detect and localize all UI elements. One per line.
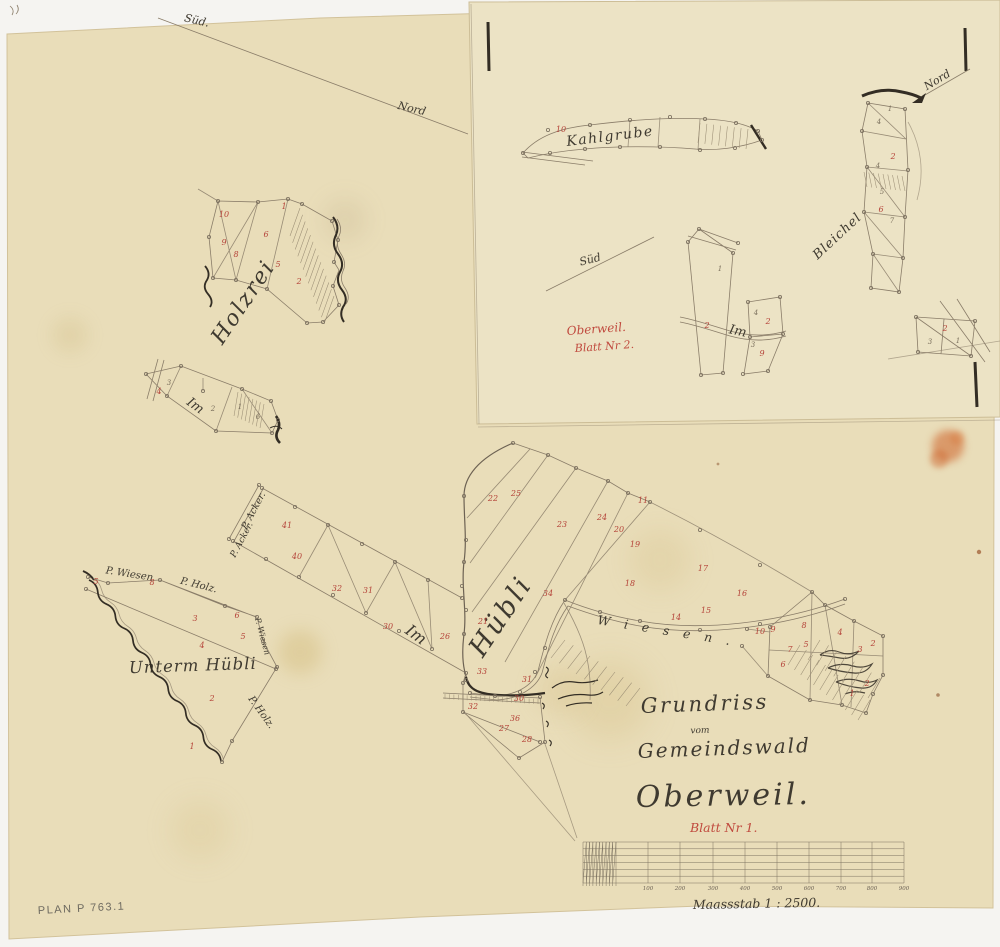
parcel-number-red: 36 — [510, 714, 520, 723]
scale-tick-label: 500 — [772, 886, 783, 892]
scale-label: Maassstab 1 : 2500. — [692, 895, 821, 912]
scale-tick-label: 400 — [739, 886, 751, 892]
scale-tick-label: 700 — [836, 886, 847, 892]
stain — [930, 450, 948, 468]
scale-tick-label: 300 — [708, 886, 719, 892]
corner-scribble — [10, 5, 18, 15]
parcel-number-red: 9 — [221, 238, 226, 247]
parcel-number-pencil: 5 — [880, 188, 885, 196]
parcel-number-red: 8 — [149, 578, 154, 587]
parcel-number-pencil: 4 — [876, 118, 881, 126]
parcel-number-red: 2 — [869, 639, 875, 648]
parcel-number-red: 17 — [698, 564, 709, 573]
parcel-number-red: 1 — [849, 689, 854, 698]
parcel-number-red: 20 — [613, 525, 624, 534]
scale-tick-label: 600 — [804, 886, 815, 892]
parcel-number-pencil: 2 — [210, 405, 216, 413]
parcel-number-red: 1 — [281, 202, 286, 211]
parcel-number-red: 4 — [198, 641, 204, 650]
parcel-number-pencil: 3 — [167, 379, 172, 387]
parcel-number-red: 4 — [155, 387, 161, 396]
parcel-number-red: 5 — [803, 640, 808, 649]
parcel-number-red: 32 — [332, 584, 342, 593]
parcel-number-red: 4 — [836, 628, 842, 637]
title-oberweil: Oberweil. — [636, 777, 812, 815]
parcel-number-red: 2 — [208, 694, 214, 703]
parcel-number-red: 41 — [281, 521, 292, 530]
parcel-number-red: 18 — [625, 579, 635, 588]
parcel-number-red: 2 — [295, 277, 301, 286]
parcel-number-red: 26 — [439, 632, 450, 641]
parcel-number-pencil: 4 — [753, 309, 758, 317]
parcel-number-pencil: 1 — [238, 403, 242, 411]
parcel-number-red: 34 — [543, 589, 553, 598]
parcel-number-red: 10 — [219, 210, 229, 219]
parcel-number-red: 2 — [764, 317, 770, 326]
parcel-number-red: 30 — [383, 622, 393, 631]
parcel-number-red: 31 — [522, 675, 532, 684]
scanned-plan-page: Süd. Nord Holzrei Im P. Acker. P. Acker.… — [0, 0, 1000, 947]
parcel-number-red: 32 — [468, 702, 478, 711]
title-grundriss: Grundriss — [640, 690, 769, 718]
stain — [630, 530, 690, 590]
parcel-number-red: 9 — [759, 349, 764, 358]
parcel-number-red: 6 — [234, 611, 239, 620]
parcel-number-red: 10 — [755, 627, 765, 636]
parcel-number-red: 21 — [477, 617, 488, 626]
parcel-number-red: 14 — [671, 613, 681, 622]
parcel-number-pencil: 3 — [751, 341, 756, 349]
parcel-number-red: 28 — [521, 735, 532, 744]
parcel-number-pencil: 1 — [956, 337, 960, 345]
parcel-number-red: 16 — [737, 589, 747, 598]
parcel-number-red: 5 — [275, 260, 280, 269]
parcel-number-red: 3 — [192, 614, 197, 623]
parcel-number-red: 27 — [498, 724, 510, 733]
scale-tick-label: 900 — [899, 886, 910, 892]
parcel-number-pencil: 3 — [928, 338, 933, 346]
parcel-number-pencil: 4 — [875, 162, 880, 170]
parcel-number-red: 22 — [487, 494, 498, 503]
speck — [977, 550, 981, 554]
cadastral-map-canvas: Süd. Nord Holzrei Im P. Acker. P. Acker.… — [0, 0, 1000, 947]
parcel-number-pencil: 6 — [256, 413, 261, 421]
parcel-number-red: 30 — [514, 694, 524, 703]
parcel-number-red: 40 — [291, 552, 302, 561]
stain — [170, 800, 230, 860]
parcel-number-red: 2 — [941, 324, 947, 333]
parcel-number-red: 5 — [240, 632, 245, 641]
parcel-number-pencil: 7 — [890, 217, 895, 225]
parcel-number-red: 6 — [263, 230, 268, 239]
stain — [950, 431, 964, 445]
parcel-number-red: 6 — [878, 205, 883, 214]
scale-tick-label: 200 — [674, 886, 686, 892]
parcel-number-red: 31 — [363, 586, 373, 595]
parcel-number-red: 11 — [638, 496, 648, 505]
parcel-number-red: 15 — [701, 606, 711, 615]
title-vom: vom — [690, 726, 709, 737]
parcel-number-red: 8 — [801, 621, 806, 630]
parcel-number-red: 25 — [510, 489, 521, 498]
scale-tick-label: 800 — [867, 886, 878, 892]
parcel-number-pencil: 1 — [718, 265, 722, 273]
parcel-number-red: 2 — [889, 152, 895, 161]
parcel-number-red: 23 — [556, 520, 567, 529]
stain — [278, 630, 322, 674]
speck — [936, 693, 940, 697]
parcel-number-red: 2 — [863, 679, 869, 688]
parcel-number-red: 2 — [703, 321, 709, 330]
parcel-number-red: 5 — [93, 577, 98, 586]
parcel-number-red: 9 — [770, 625, 775, 634]
inset-paper-sheet — [469, 0, 1000, 424]
scale-tick-label: 100 — [643, 886, 654, 892]
parcel-number-red: 1 — [189, 742, 194, 751]
parcel-number-red: 24 — [596, 513, 607, 522]
parcel-number-red: 10 — [556, 125, 566, 134]
paper-sheets — [7, 0, 1000, 939]
speck — [717, 463, 720, 466]
parcel-number-red: 19 — [630, 540, 640, 549]
parcel-number-red: 33 — [477, 667, 487, 676]
parcel-number-pencil: 1 — [888, 105, 892, 113]
stain — [52, 317, 88, 353]
title-sheet-number: Blatt Nr 1. — [689, 820, 757, 835]
parcel-number-red: 8 — [233, 250, 238, 259]
parcel-number-red: 3 — [857, 645, 862, 654]
parcel-number-red: 6 — [780, 660, 785, 669]
